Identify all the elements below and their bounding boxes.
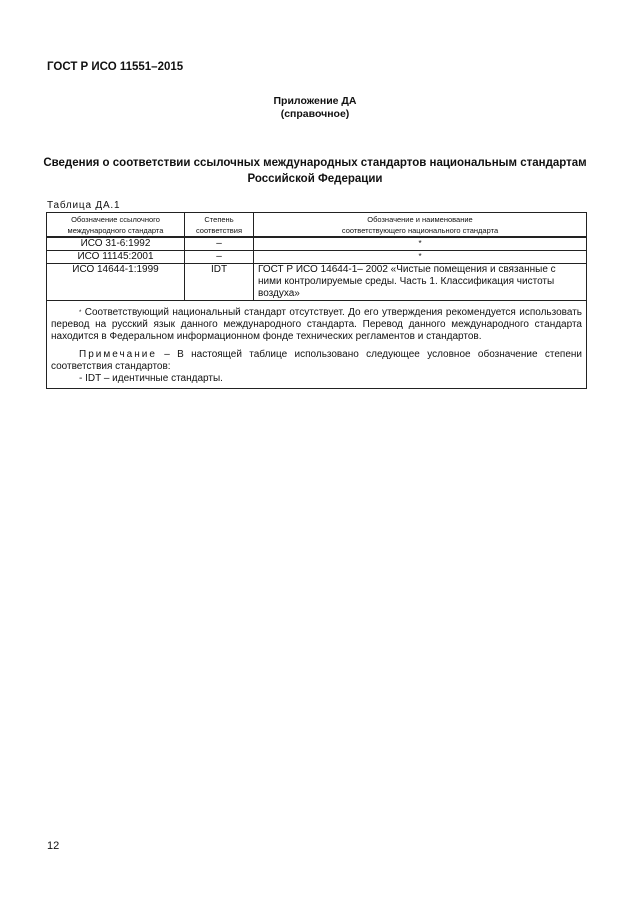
table-header-row: Обозначение ссылочногомеждународного ста… <box>47 213 587 238</box>
annex-subtitle: (справочное) <box>0 108 630 121</box>
cell-national: * <box>254 237 587 251</box>
note-label: Примечание <box>79 349 157 360</box>
table-row: ИСО 14644-1:1999 IDT ГОСТ Р ИСО 14644-1–… <box>47 264 587 301</box>
cell-degree: IDT <box>185 264 254 301</box>
document-id: ГОСТ Р ИСО 11551–2015 <box>47 61 183 73</box>
table-caption: Таблица ДА.1 <box>47 200 120 211</box>
heading-line-1: Сведения о соответствии ссылочных междун… <box>40 155 590 171</box>
header-national-standard: Обозначение и наименованиесоответствующе… <box>254 213 587 238</box>
note-item: - IDT – идентичные стандарты. <box>51 373 582 385</box>
note: Примечание – В настоящей таблице использ… <box>51 349 582 373</box>
table-notes: * Соответствующий национальный стандарт … <box>47 301 587 389</box>
cell-ref: ИСО 31-6:1992 <box>47 237 185 251</box>
header-ref-standard: Обозначение ссылочногомеждународного ста… <box>47 213 185 238</box>
cell-degree: – <box>185 237 254 251</box>
cell-national: * <box>254 251 587 264</box>
section-heading: Сведения о соответствии ссылочных междун… <box>40 155 590 187</box>
footnote-mark: * <box>79 310 81 316</box>
cell-ref: ИСО 14644-1:1999 <box>47 264 185 301</box>
footnote: * Соответствующий национальный стандарт … <box>51 307 582 343</box>
page-number: 12 <box>47 840 59 852</box>
table-note-row: * Соответствующий национальный стандарт … <box>47 301 587 389</box>
cell-ref: ИСО 11145:2001 <box>47 251 185 264</box>
annex-block: Приложение ДА (справочное) <box>0 95 630 121</box>
cell-national: ГОСТ Р ИСО 14644-1– 2002 «Чистые помещен… <box>254 264 587 301</box>
standards-table: Обозначение ссылочногомеждународного ста… <box>46 212 587 389</box>
header-degree: Степеньсоответствия <box>185 213 254 238</box>
cell-degree: – <box>185 251 254 264</box>
annex-title: Приложение ДА <box>0 95 630 108</box>
table-row: ИСО 11145:2001 – * <box>47 251 587 264</box>
table-row: ИСО 31-6:1992 – * <box>47 237 587 251</box>
heading-line-2: Российской Федерации <box>40 171 590 187</box>
